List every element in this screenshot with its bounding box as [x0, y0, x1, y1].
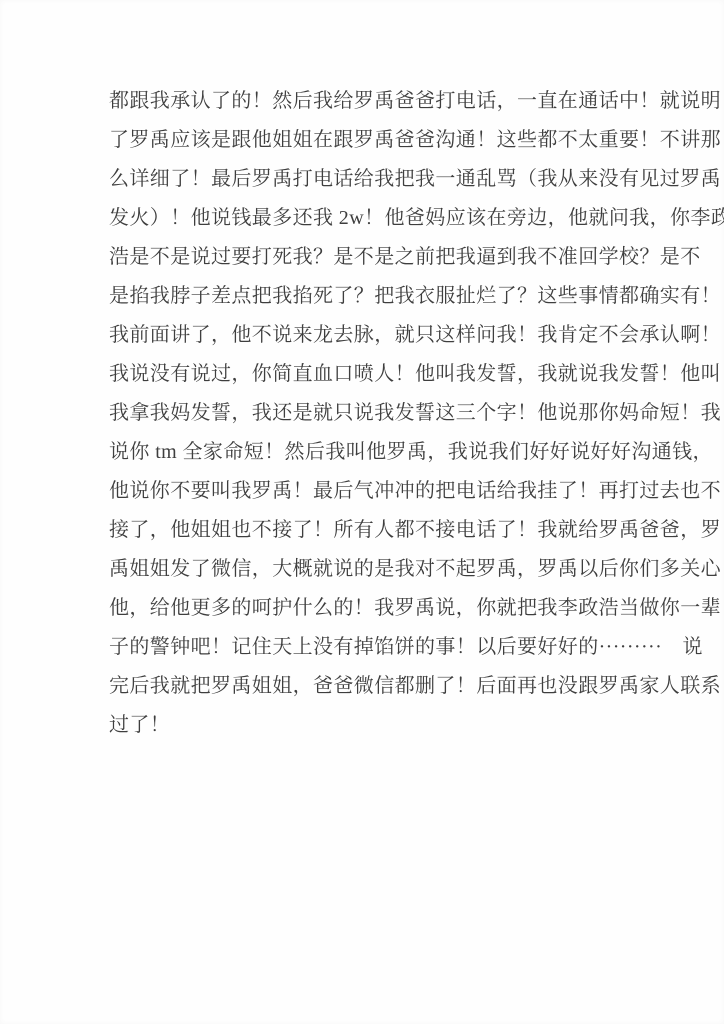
text-line: 过了！ [109, 706, 617, 745]
text-line: 我拿我妈发誓，我还是就只说我发誓这三个字！他说那你妈命短！我 [109, 394, 617, 433]
text-line: 了罗禹应该是跟他姐姐在跟罗禹爸爸沟通！这些都不太重要！不讲那 [109, 121, 617, 160]
text-line: 发火）！他说钱最多还我 2w！他爸妈应该在旁边，他就问我，你李政 [109, 199, 617, 238]
paragraph-block: 都跟我承认了的！然后我给罗禹爸爸打电话，一直在通话中！就说明 了罗禹应该是跟他姐… [109, 82, 617, 745]
text-line: 禹姐姐发了微信，大概就说的是我对不起罗禹，罗禹以后你们多关心 [109, 550, 617, 589]
text-line: 我说没有说过，你简直血口喷人！他叫我发誓，我就说我发誓！他叫 [109, 355, 617, 394]
text-line: 说你 tm 全家命短！然后我叫他罗禹，我说我们好好说好好沟通钱， [109, 433, 617, 472]
text-line: 子的警钟吧！记住天上没有掉馅饼的事！以后要好好的········· 说 [109, 628, 617, 667]
text-line: 接了，他姐姐也不接了！所有人都不接电话了！我就给罗禹爸爸，罗 [109, 511, 617, 550]
text-line: 完后我就把罗禹姐姐，爸爸微信都删了！后面再也没跟罗禹家人联系 [109, 667, 617, 706]
text-line: 他说你不要叫我罗禹！最后气冲冲的把电话给我挂了！再打过去也不 [109, 472, 617, 511]
text-line: 都跟我承认了的！然后我给罗禹爸爸打电话，一直在通话中！就说明 [109, 82, 617, 121]
document-page: 都跟我承认了的！然后我给罗禹爸爸打电话，一直在通话中！就说明 了罗禹应该是跟他姐… [0, 0, 724, 1024]
text-line: 么详细了！最后罗禹打电话给我把我一通乱骂（我从来没有见过罗禹 [109, 160, 617, 199]
text-line: 是掐我脖子差点把我掐死了？把我衣服扯烂了？这些事情都确实有！ [109, 277, 617, 316]
text-line: 浩是不是说过要打死我？是不是之前把我逼到我不准回学校？是不 [109, 238, 617, 277]
text-line: 他，给他更多的呵护什么的！我罗禹说，你就把我李政浩当做你一辈 [109, 589, 617, 628]
text-line: 我前面讲了，他不说来龙去脉，就只这样问我！我肯定不会承认啊！ [109, 316, 617, 355]
